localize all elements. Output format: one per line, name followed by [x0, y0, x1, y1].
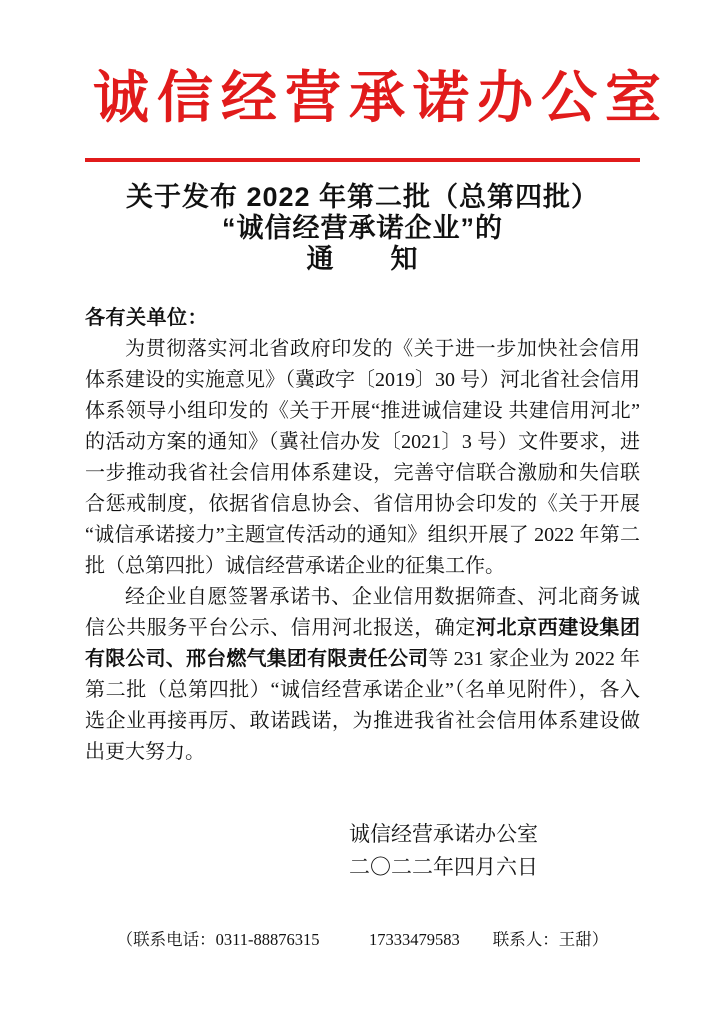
- notice-title-line2: “诚信经营承诺企业”的: [85, 213, 640, 244]
- signature-block: 诚信经营承诺办公室 二〇二二年四月六日: [85, 818, 640, 884]
- letterhead-divider-rule: [85, 158, 640, 162]
- paragraph-1: 为贯彻落实河北省政府印发的《关于进一步加快社会信用体系建设的实施意见》（冀政字〔…: [85, 334, 640, 582]
- signature-office-name: 诚信经营承诺办公室: [85, 818, 538, 851]
- letterhead: 诚信经营承诺办公室: [85, 0, 640, 162]
- notice-document-page: 诚信经营承诺办公室 关于发布 2022 年第二批（总第四批） “诚信经营承诺企业…: [0, 0, 724, 1024]
- salutation: 各有关单位：: [85, 303, 640, 334]
- notice-body: 各有关单位： 为贯彻落实河北省政府印发的《关于进一步加快社会信用体系建设的实施意…: [85, 303, 640, 768]
- contact-info-line: （联系电话：0311-88876315 17333479583 联系人：王甜）: [85, 930, 640, 950]
- notice-title-line1: 关于发布 2022 年第二批（总第四批）: [85, 182, 640, 213]
- paragraph-2: 经企业自愿签署承诺书、企业信用数据筛查、河北商务诚信公共服务平台公示、信用河北报…: [85, 582, 640, 768]
- notice-title: 关于发布 2022 年第二批（总第四批） “诚信经营承诺企业”的 通 知: [85, 182, 640, 275]
- notice-title-line3: 通 知: [85, 244, 640, 275]
- signature-date: 二〇二二年四月六日: [85, 851, 538, 884]
- letterhead-office-name: 诚信经营承诺办公室: [85, 0, 640, 130]
